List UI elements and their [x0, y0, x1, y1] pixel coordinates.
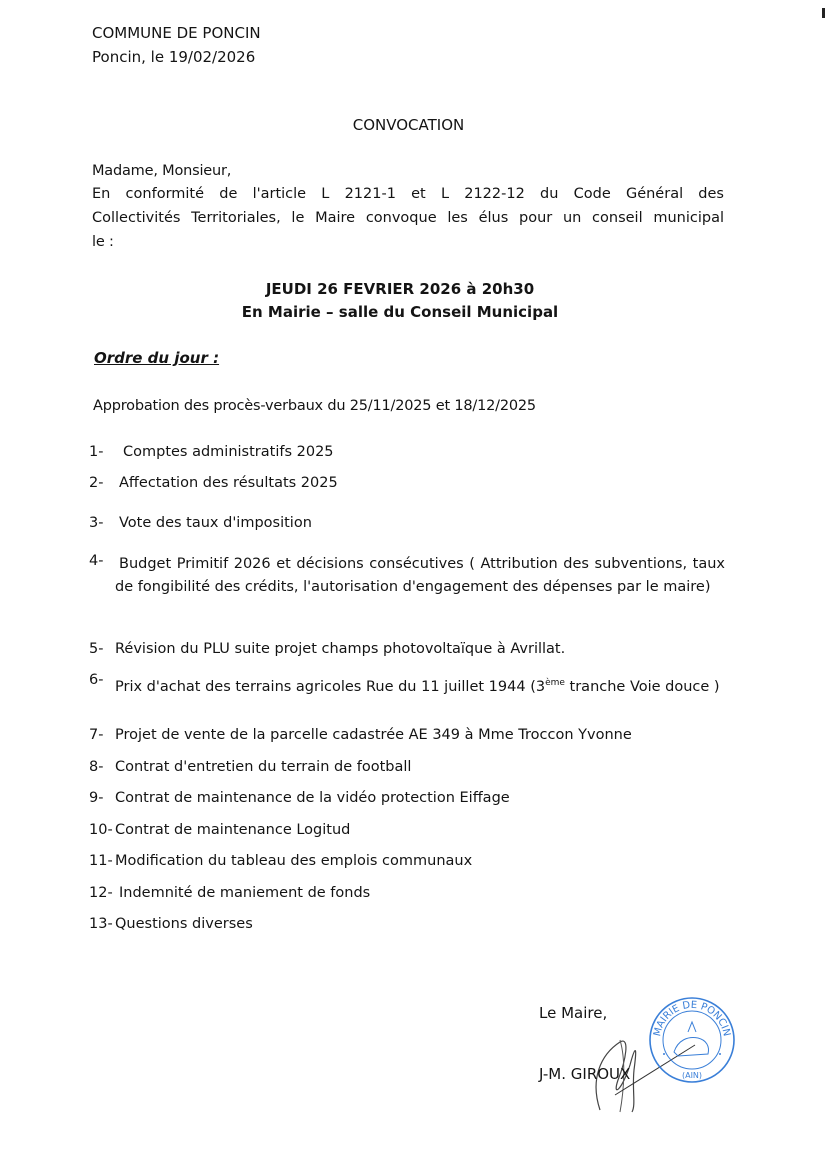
commune-name: COMMUNE DE PONCIN [92, 24, 261, 42]
intro-line-3: le : [92, 234, 114, 250]
mairie-stamp-icon: MAIRIE DE PONCIN (AIN) [648, 996, 736, 1084]
scan-edge-mark [822, 8, 825, 18]
svg-text:MAIRIE DE PONCIN: MAIRIE DE PONCIN [652, 1000, 732, 1038]
intro-line-2: Collectivités Territoriales, le Maire co… [92, 210, 724, 226]
agenda-heading: Ordre du jour : [94, 349, 219, 367]
meeting-location: En Mairie – salle du Conseil Municipal [0, 303, 800, 321]
svg-text:(AIN): (AIN) [682, 1071, 702, 1080]
signature-name: J-M. GIROUX [539, 1065, 630, 1083]
meeting-datetime: JEUDI 26 FEVRIER 2026 à 20h30 [0, 280, 800, 298]
intro-line-1: En conformité de l'article L 2121-1 et L… [92, 186, 724, 202]
salutation: Madame, Monsieur, [92, 163, 231, 179]
place-date: Poncin, le 19/02/2026 [92, 48, 255, 66]
document-title: CONVOCATION [0, 116, 817, 134]
agenda-approval: Approbation des procès-verbaux du 25/11/… [93, 398, 536, 414]
